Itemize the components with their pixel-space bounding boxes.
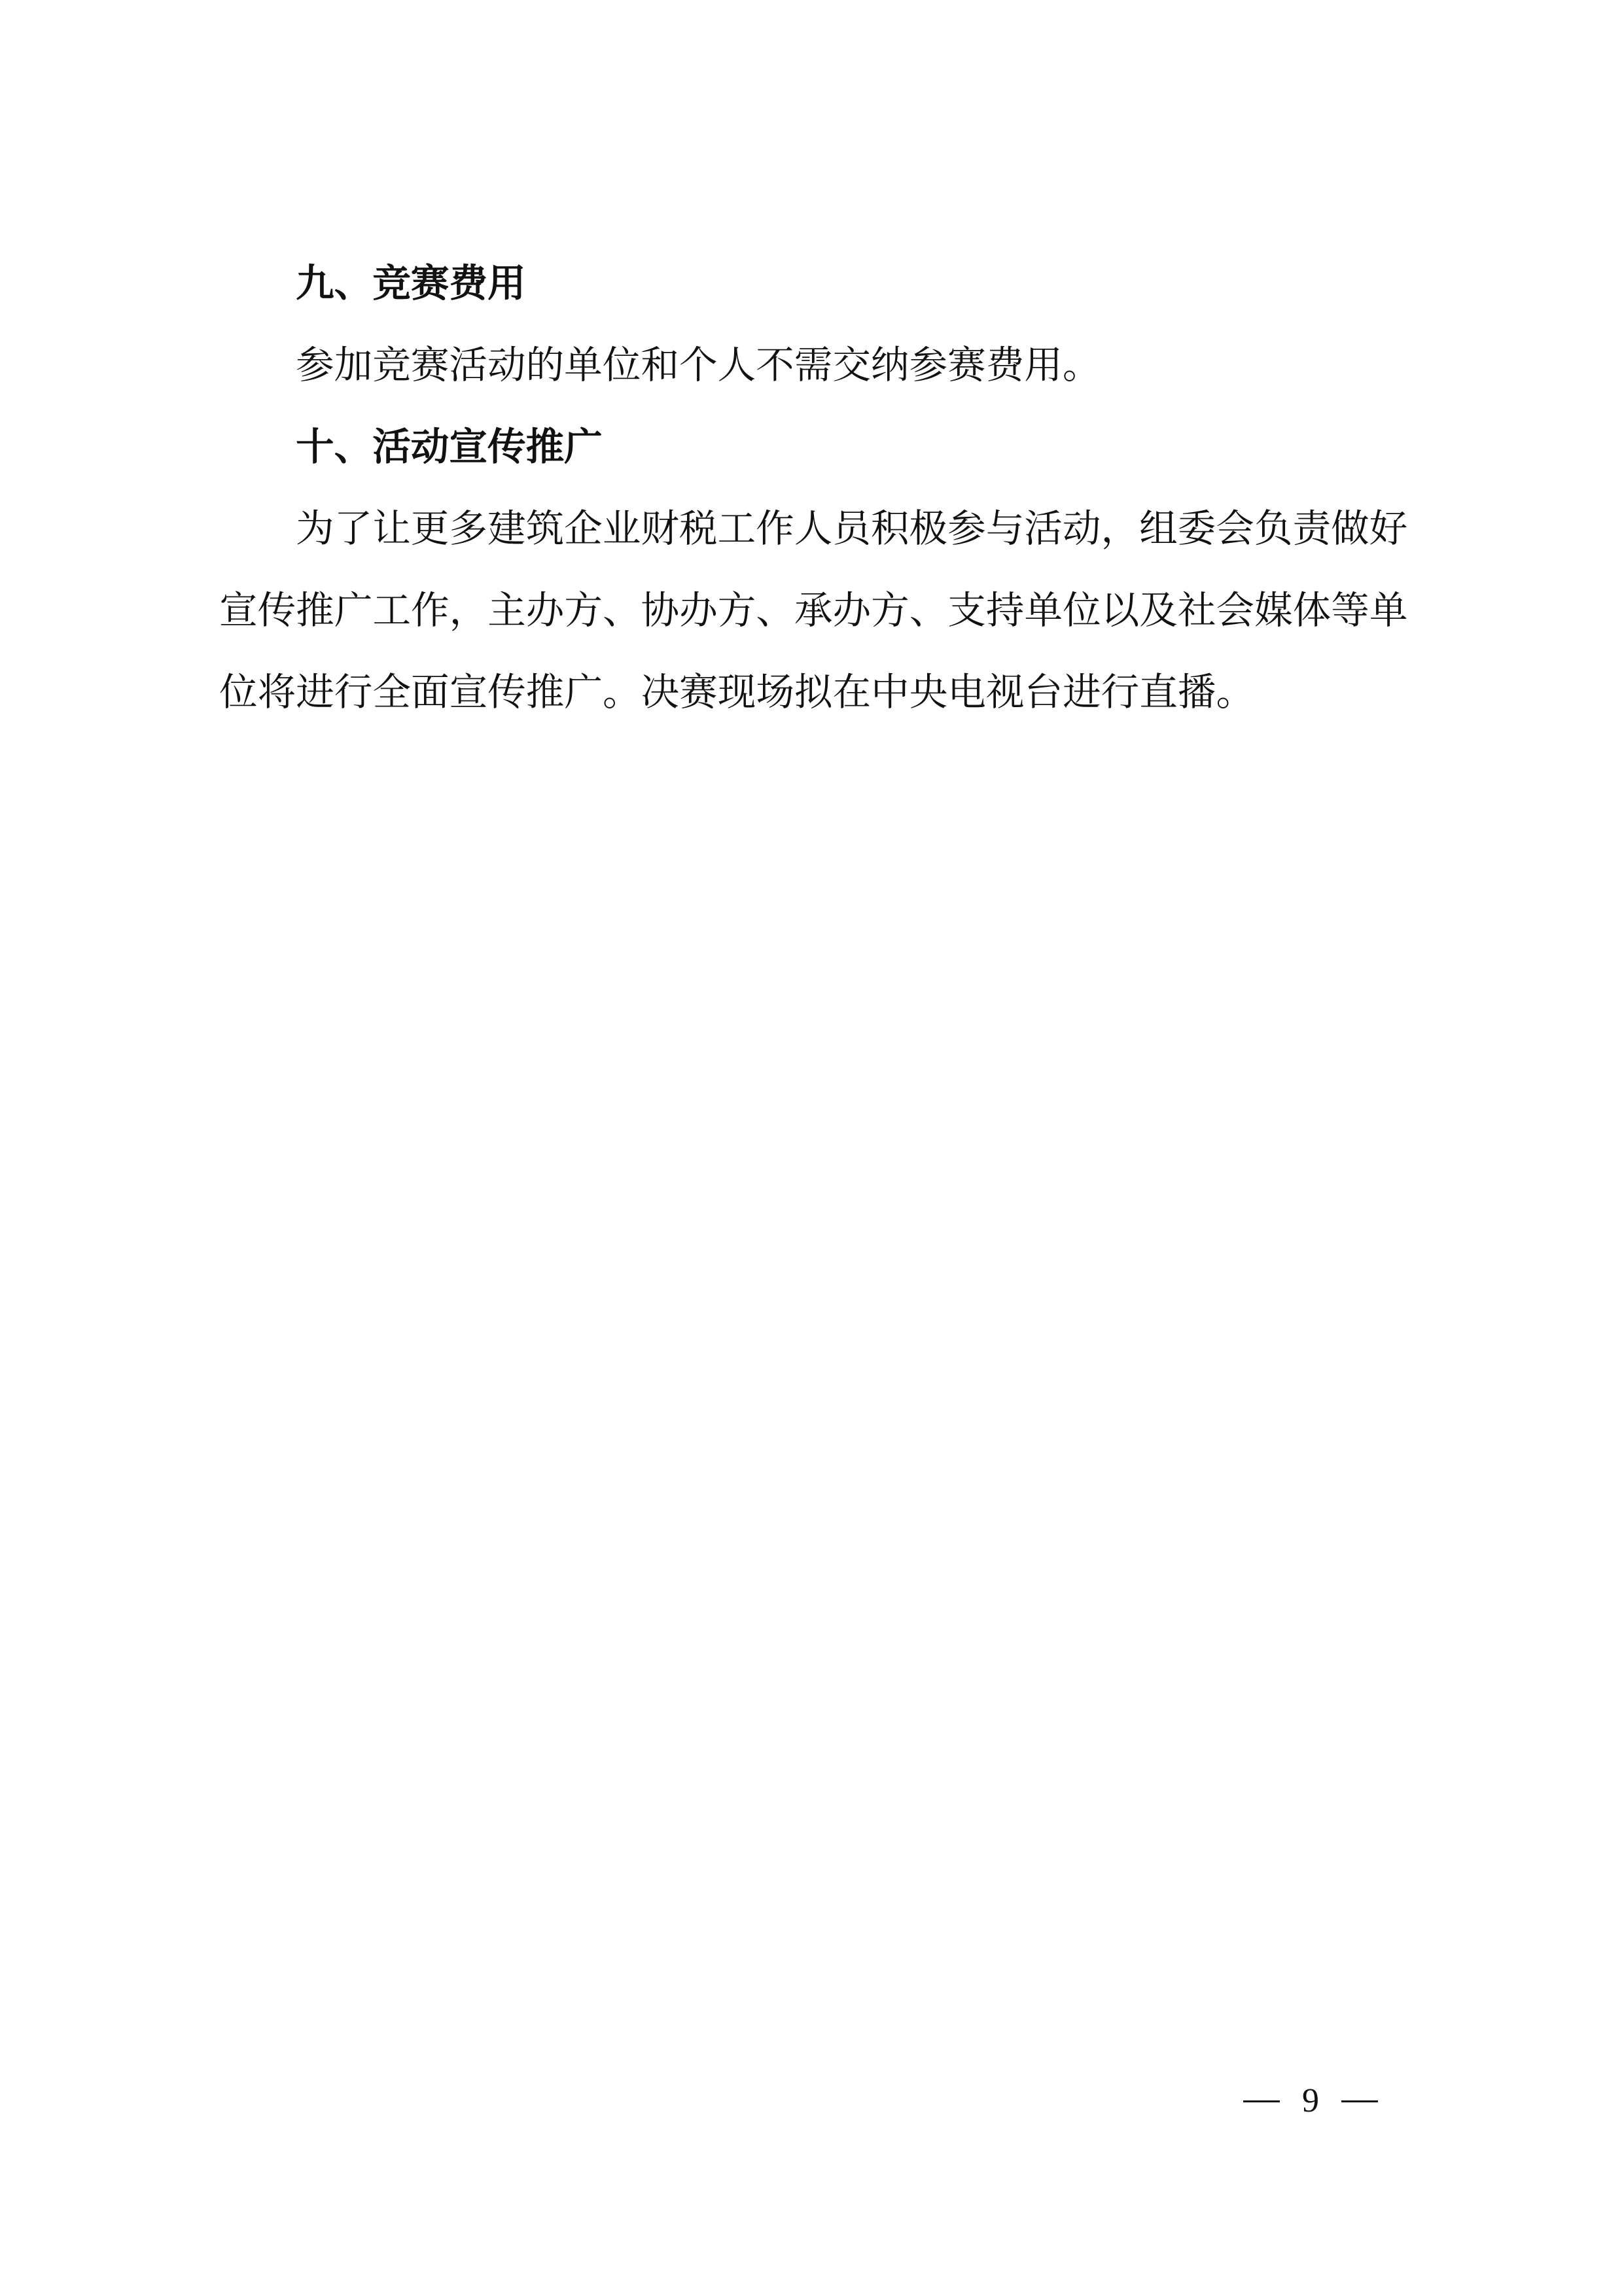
page-number: 9 (1302, 2080, 1319, 2122)
document-page: 九、竞赛费用 参加竞赛活动的单位和个人不需交纳参赛费用。 十、活动宣传推广 为了… (0, 0, 1624, 2296)
footer-right-dash (1341, 2100, 1378, 2102)
paragraph-promotion-line-2: 宣传推广工作，主办方、协办方、承办方、支持单位以及社会媒体等单 (219, 570, 1417, 652)
section-heading-promotion: 十、活动宣传推广 (219, 406, 1493, 488)
section-heading-fees: 九、竞赛费用 (219, 243, 1493, 324)
paragraph-promotion-line-3: 位将进行全面宣传推广。决赛现场拟在中央电视台进行直播。 (219, 652, 1417, 733)
footer-left-dash (1243, 2100, 1280, 2102)
paragraph-fees-line-1: 参加竞赛活动的单位和个人不需交纳参赛费用。 (219, 324, 1493, 406)
paragraph-promotion-line-1: 为了让更多建筑企业财税工作人员积极参与活动，组委会负责做好 (219, 488, 1493, 570)
page-footer: 9 (1243, 2080, 1378, 2122)
